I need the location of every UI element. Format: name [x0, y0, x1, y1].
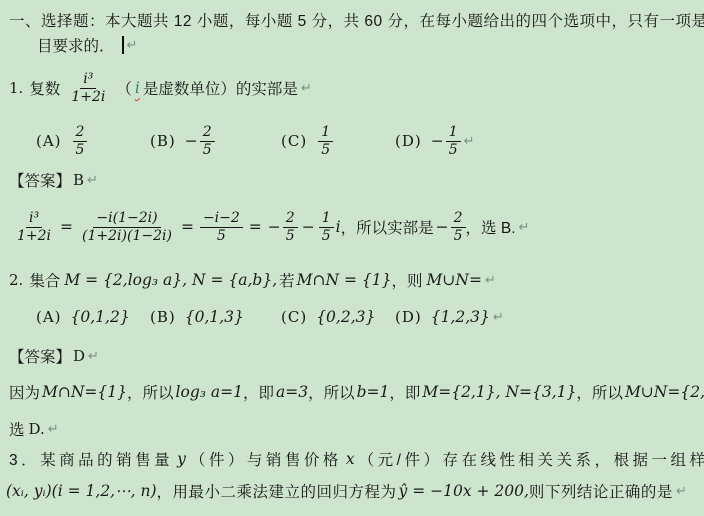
set-expression: M = {2,log₃ a}, N = {a,b}, — [64, 271, 277, 289]
option-a: (A) {0,1,2} — [36, 300, 130, 334]
stem-text: （ — [116, 77, 132, 99]
set-expression: a=3 — [276, 383, 308, 401]
fraction: 2 5 — [283, 210, 298, 243]
answer-value: D — [73, 347, 85, 365]
paragraph-mark-icon: ↵ — [493, 310, 504, 325]
paragraph-mark-icon: ↵ — [519, 220, 530, 235]
stem-text: ，用最小二乘法建立的回归方程为 — [157, 480, 397, 502]
fraction: 1 5 — [446, 124, 461, 157]
fraction: −i(1−2i) (1+2i)(1−2i) — [79, 210, 175, 243]
set-expression: b=1 — [357, 383, 390, 401]
paragraph-mark-icon: ↵ — [485, 273, 496, 288]
minus-sign: − — [436, 218, 449, 236]
regression-equation: ŷ = −10x + 200, — [399, 482, 529, 500]
set-expression: M∩N = {1} — [297, 271, 392, 289]
question-1-options: (A) 2 5 (B) − 2 5 (C) 1 5 (D) − — [0, 118, 704, 164]
fraction: 2 5 — [200, 124, 215, 157]
spellchecked-variable-i: i — [135, 79, 140, 97]
answer-line-2: 【答案】 D ↵ — [9, 345, 99, 367]
answer-line-1: 【答案】 B ↵ — [9, 169, 98, 191]
solution-text: ，所以 — [127, 381, 174, 403]
fraction: 1 5 — [318, 124, 333, 157]
question-2-options: (A) {0,1,2} (B) {0,1,3} (C) {0,2,3} (D) … — [0, 300, 704, 334]
answer-value: D. — [29, 420, 45, 438]
variable-y: y — [177, 450, 186, 468]
solution-line-1: i³ 1+2i = −i(1−2i) (1+2i)(1−2i) = −i−2 5… — [14, 199, 529, 255]
set-expression: log₃ a=1 — [176, 383, 243, 401]
set-expression: M∩N={1} — [42, 383, 127, 401]
equals: = — [249, 218, 262, 236]
paragraph-mark-icon: ↵ — [127, 38, 138, 53]
question-number: 1. — [9, 79, 23, 97]
text-cursor — [122, 36, 124, 54]
option-c: (C) {0,2,3} — [281, 300, 375, 334]
option-c: (C) 1 5 — [281, 118, 333, 164]
equals: = — [181, 218, 194, 236]
solution-conclusion-2: 选 D. ↵ — [9, 418, 59, 440]
option-set: {0,1,3} — [185, 308, 244, 326]
option-b: (B) {0,1,3} — [150, 300, 244, 334]
option-set: {0,1,2} — [71, 308, 130, 326]
stem-text: 复数 — [29, 77, 60, 99]
minus-sign: − — [302, 218, 315, 236]
question-1-stem: 1. 复数 i³ 1+2i （ i 是虚数单位）的实部是 ↵ — [9, 62, 312, 114]
stem-text: 若 — [279, 269, 295, 291]
variable-x: x — [346, 450, 355, 468]
sign: − — [185, 132, 198, 150]
answer-tag: 【答案】 — [9, 169, 71, 191]
stem-text: （件）与销售价格 — [190, 448, 342, 470]
solution-text: 选 — [9, 418, 25, 440]
option-a: (A) 2 5 — [36, 118, 87, 164]
heading-line-1: 一、选择题：本大题共 12 小题，每小题 5 分，共 60 分，在每小题给出的四… — [9, 9, 704, 31]
question-3-line-1: 3． 某商品的销售量 y （件）与销售价格 x （元/件）存在线性相关关系，根据… — [9, 448, 704, 470]
option-d: (D) − 1 5 ↵ — [395, 118, 475, 164]
answer-tag: 【答案】 — [9, 345, 71, 367]
set-expression: M∪N={2,1,3} — [625, 383, 704, 401]
stem-text: 集合 — [29, 269, 60, 291]
fraction: −i−2 5 — [200, 210, 243, 243]
paragraph-mark-icon: ↵ — [464, 134, 475, 149]
solution-text: 因为 — [9, 381, 40, 403]
fraction: 2 5 — [73, 124, 88, 157]
heading-line-2: 目要求的． ↵ — [37, 34, 137, 56]
set-expression: M∪N= — [427, 271, 482, 289]
paragraph-mark-icon: ↵ — [676, 484, 687, 499]
sign: − — [431, 132, 444, 150]
question-number: 3． — [9, 448, 40, 470]
paragraph-mark-icon: ↵ — [48, 422, 59, 437]
fraction: 2 5 — [451, 210, 466, 243]
question-2-stem: 2. 集合 M = {2,log₃ a}, N = {a,b}, 若 M∩N =… — [9, 266, 496, 294]
paragraph-mark-icon: ↵ — [88, 349, 99, 364]
solution-text: ，所以实部是 — [341, 216, 434, 238]
set-expression: M={2,1}, N={3,1} — [422, 383, 576, 401]
stem-text: 某商品的销售量 — [40, 448, 173, 470]
option-d: (D) {1,2,3} ↵ — [395, 300, 504, 334]
fraction: i³ 1+2i — [68, 71, 108, 104]
answer-value: B — [73, 171, 84, 189]
paragraph-mark-icon: ↵ — [301, 81, 312, 96]
fraction: i³ 1+2i — [14, 210, 54, 243]
stem-text: 是虚数单位）的实部是 — [143, 77, 298, 99]
solution-text: ，即 — [389, 381, 420, 403]
solution-line-2: 因为 M∩N={1} ，所以 log₃ a=1 ，即 a=3 ，所以 b=1 ，… — [9, 379, 704, 405]
sample-data-expression: (xᵢ, yᵢ)(i = 1,2,⋯, n) — [6, 482, 157, 500]
question-3-line-2: (xᵢ, yᵢ)(i = 1,2,⋯, n) ，用最小二乘法建立的回归方程为 ŷ… — [6, 478, 687, 504]
stem-text: 则下列结论正确的是 — [529, 480, 673, 502]
document-page[interactable]: 一、选择题：本大题共 12 小题，每小题 5 分，共 60 分，在每小题给出的四… — [0, 0, 704, 516]
minus-sign: − — [268, 218, 281, 236]
paragraph-mark-icon: ↵ — [87, 173, 98, 188]
stem-text: （元/件）存在线性相关关系，根据一组样本数据 — [359, 448, 704, 470]
solution-text: ，所以 — [576, 381, 623, 403]
question-number: 2. — [9, 271, 23, 289]
solution-text: ，选 B. — [466, 216, 516, 238]
solution-text: ，即 — [243, 381, 274, 403]
heading-text: 一、选择题：本大题共 12 小题，每小题 5 分，共 60 分，在每小题给出的四… — [9, 9, 704, 31]
fraction: 1 5 — [319, 210, 334, 243]
equals: = — [60, 218, 73, 236]
option-set: {1,2,3} — [431, 308, 490, 326]
option-set: {0,2,3} — [316, 308, 375, 326]
stem-text: ，则 — [392, 269, 423, 291]
option-b: (B) − 2 5 — [150, 118, 215, 164]
solution-text: ，所以 — [308, 381, 355, 403]
heading-text-2: 目要求的． — [37, 34, 115, 56]
